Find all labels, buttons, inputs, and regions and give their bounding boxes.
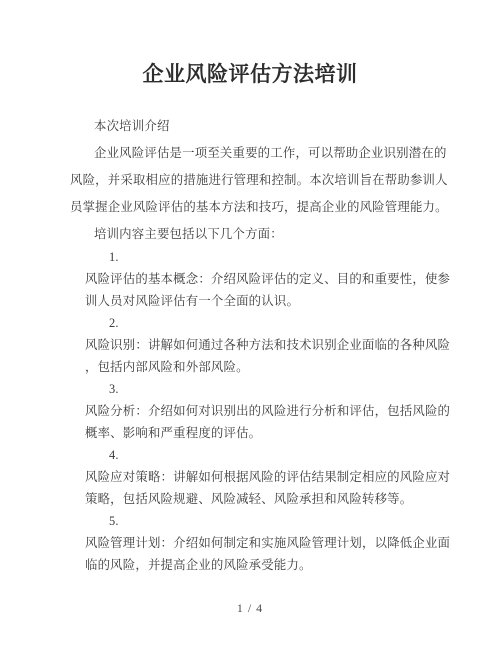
list-number: 4. — [85, 444, 465, 466]
text-line: ，包括内部风险和外部风险。 — [85, 356, 465, 378]
list-number: 2. — [85, 312, 465, 334]
text-line: 企业风险评估是一项至关重要的工作，可以帮助企业识别潜在的 — [70, 140, 450, 167]
text-line: 风险管理计划：介绍如何制定和实施风险管理计划，以降低企业面 — [85, 532, 465, 554]
text-line: 风险识别：讲解如何通过各种方法和技术识别企业面临的各种风险 — [85, 334, 465, 356]
text-line: 临的风险，并提高企业的风险承受能力。 — [85, 554, 465, 576]
page-number: 1 / 4 — [237, 601, 263, 615]
text-line: 风险分析：介绍如何对识别出的风险进行分析和评估，包括风险的 — [85, 400, 465, 422]
list-number: 5. — [85, 510, 465, 532]
text-line: 风险应对策略：讲解如何根据风险的评估结果制定相应的风险应对 — [85, 466, 465, 488]
text-line: 训人员对风险评估有一个全面的认识。 — [85, 290, 465, 312]
text-line: 员掌握企业风险评估的基本方法和技巧，提高企业的风险管理能力。 — [70, 194, 450, 221]
training-topics-section: 1. 风险评估的基本概念：介绍风险评估的定义、目的和重要性，使参 训人员对风险评… — [85, 246, 465, 576]
text-line: 培训内容主要包括以下几个方面： — [70, 221, 450, 248]
page-footer: 1 / 4 — [0, 601, 500, 616]
document-page: 企业风险评估方法培训 本次培训介绍 企业风险评估是一项至关重要的工作，可以帮助企… — [0, 0, 500, 647]
intro-section: 本次培训介绍 企业风险评估是一项至关重要的工作，可以帮助企业识别潜在的 风险，并… — [70, 113, 450, 248]
text-line: 策略，包括风险规避、风险减轻、风险承担和风险转移等。 — [85, 488, 465, 510]
list-number: 3. — [85, 378, 465, 400]
document-title: 企业风险评估方法培训 — [0, 58, 500, 88]
text-line: 风险评估的基本概念：介绍风险评估的定义、目的和重要性，使参 — [85, 268, 465, 290]
list-number: 1. — [85, 246, 465, 268]
text-line: 概率、影响和严重程度的评估。 — [85, 422, 465, 444]
text-line: 风险，并采取相应的措施进行管理和控制。本次培训旨在帮助参训人 — [70, 167, 450, 194]
text-line: 本次培训介绍 — [70, 113, 450, 140]
